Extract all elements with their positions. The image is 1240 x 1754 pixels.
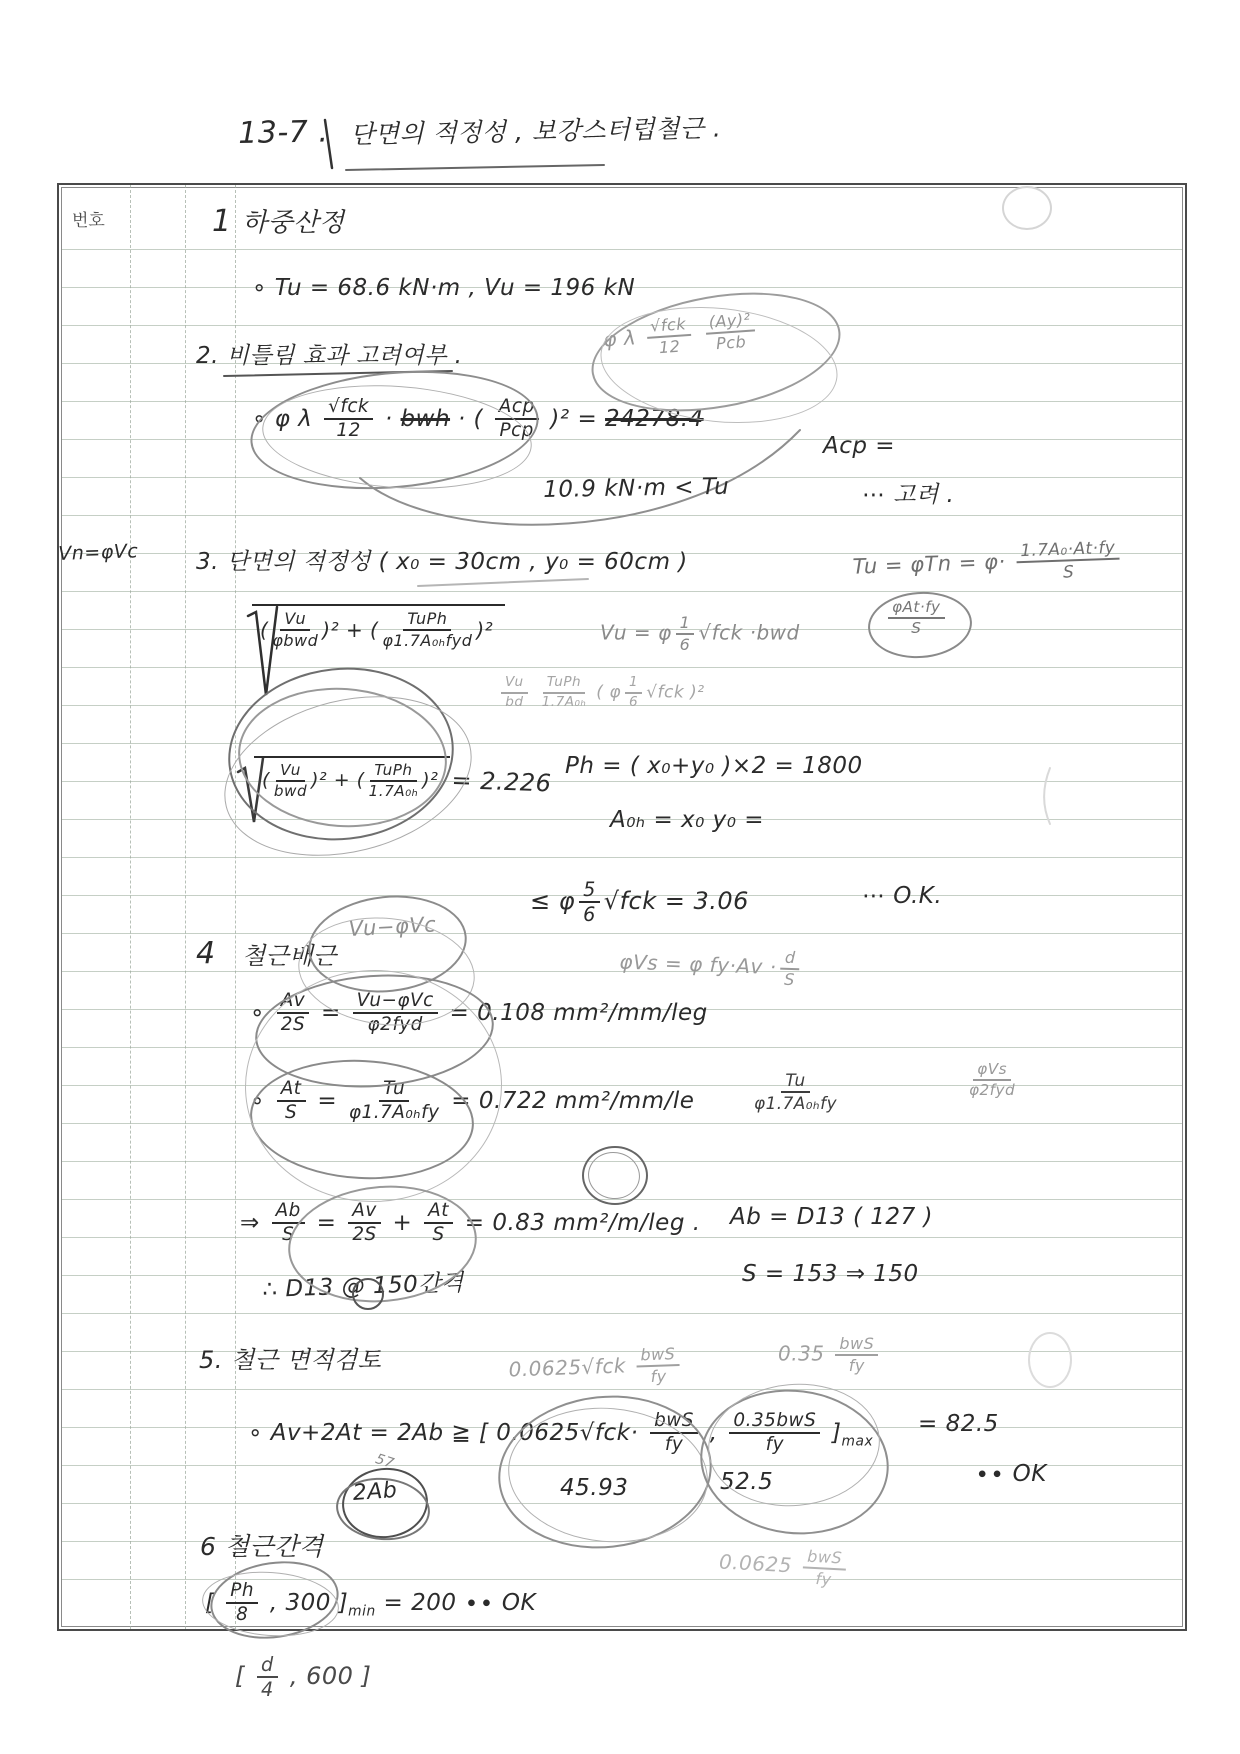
column-line-2 [185, 185, 186, 1629]
formula-part: 13-7 . [238, 114, 329, 151]
margin-note-vn: Vn=φVc [58, 542, 139, 565]
formula-part: TuPhφ1.7A₀ₕfyd [382, 611, 472, 649]
formula-part: Vubd [501, 676, 528, 709]
ok-mark-2: ∙∙ OK [975, 1462, 1047, 1486]
column-line-1 [130, 185, 131, 1629]
formula-part: [ [235, 1662, 253, 1690]
ab-bar-choice: Ab = D13 ( 127 ) [730, 1205, 933, 1229]
formula-part: Ph = ( x₀+y₀ )×2 = 1800 [565, 753, 863, 779]
formula-part: d4 [257, 1655, 278, 1699]
formula-part: 2. 비틀림 효과 고려여부 . [196, 343, 462, 369]
formula-part: 단면의 적정성 , 보강스터럽철근 . [350, 114, 722, 149]
section5-heading: 5. 철근 면적검토 [199, 1348, 381, 1373]
formula-part: )² [476, 620, 493, 641]
section2-result: 10.9 kN·m < Tu [543, 475, 729, 502]
formula-part: = 200 ∙∙ OK [376, 1590, 536, 1616]
circle-at-sign [352, 1278, 384, 1310]
formula-part: = 0.83 mm²/m/leg . [457, 1210, 701, 1236]
formula-part: 4 [196, 936, 216, 971]
scan-artifact-bottom [1028, 1332, 1072, 1388]
column-line-3 [235, 185, 236, 1629]
phivs-fraction-note: φVsφ2fyd [965, 1062, 1019, 1098]
title-number: 13-7 . [238, 116, 329, 149]
formula-part: ⇒ [240, 1210, 268, 1236]
formula-part: √fck = 3.06 [604, 887, 749, 915]
section2-conclusion: ⋯ 고려 . [862, 483, 954, 507]
interaction-equation: ( Vuφbwd )² + ( TuPhφ1.7A₀ₕfyd )² [252, 604, 505, 649]
formula-part: bwSfy [802, 1548, 847, 1588]
scan-artifact-top [1002, 186, 1052, 230]
tu-fraction-note: Tuφ1.7A₀ₕfy [750, 1072, 841, 1112]
formula-part: Vn=φVc [58, 540, 139, 565]
formula-part: )² = [543, 406, 605, 432]
formula-part: Vu = φ [600, 621, 672, 645]
section5-result: = 82.5 [918, 1412, 999, 1436]
aoh-calculation: A₀ₕ = x₀ y₀ = [610, 808, 764, 832]
section4-number: 4 [196, 938, 216, 970]
formula-part: Tu = φTn = φ· [852, 549, 1013, 579]
acp-note: Acp = [823, 434, 895, 458]
formula-part: Acp = [823, 433, 895, 459]
pencil-mid-row: Vubd TuPh1.7A₀ₕ ( φ16√fck )² [497, 676, 705, 709]
formula-part: ∘ Tu = 68.6 kN·m , Vu = 196 kN [252, 275, 635, 301]
paper-background: 번호 13-7 .단면의 적정성 , 보강스터럽철근 .1하중산정∘ Tu = … [0, 0, 1240, 1754]
formula-part: 5. 철근 면적검토 [199, 1346, 381, 1374]
formula-part: 1.7A₀·At·fyS [1016, 539, 1120, 582]
pencil-amin-1: 0.0625√fck bwSfy [508, 1346, 684, 1390]
limit-check: ≤ φ56√fck = 3.06 [530, 880, 749, 924]
formula-part: bwSfy [835, 1336, 878, 1374]
formula-part: 16 [676, 615, 695, 653]
title-underline [346, 165, 604, 170]
formula-part: = 82.5 [918, 1411, 999, 1437]
pencil-phivs: φVs = φ fy·Av ·dS [619, 944, 804, 988]
section3-heading: 3. 단면의 적정성 ( x₀ = 30cm , y₀ = 60cm ) [196, 550, 688, 574]
formula-part: 10.9 kN·m < Tu [543, 474, 729, 503]
section6-heading: 6 철근간격 [200, 1534, 323, 1560]
formula-part: √fck ·bwd [698, 621, 799, 645]
formula-part: ⋯ O.K. [862, 883, 942, 909]
formula-part: φVsφ2fyd [969, 1062, 1015, 1098]
formula-part: ≤ φ [530, 887, 575, 915]
formula-part: Vuφbwd [272, 611, 318, 649]
scanned-notes-page: { "page": { "corner_label": "번호", "color… [0, 0, 1240, 1754]
formula-part: 56 [579, 880, 600, 924]
formula-part: )² + ( [322, 620, 378, 641]
formula-part: 3. 단면의 적정성 ( x₀ = 30cm , y₀ = 60cm ) [196, 549, 688, 575]
vc-definition-pencil: Vu = φ16√fck ·bwd [600, 615, 800, 653]
formula-part: √fck )² [646, 683, 704, 703]
formula-part: Ab = D13 ( 127 ) [730, 1204, 933, 1230]
spacing-calculation: S = 153 ⇒ 150 [742, 1262, 919, 1286]
formula-part: 6 철근간격 [200, 1532, 323, 1561]
formula-part: S = 153 ⇒ 150 [742, 1261, 919, 1287]
formula-part: bwSfy [636, 1346, 680, 1385]
section1-number: 1 [212, 206, 232, 238]
formula-part: min [348, 1604, 376, 1620]
formula-part: TuPh1.7A₀ₕ [542, 676, 587, 709]
formula-part: 0.0625 [718, 1549, 799, 1577]
ok-mark-1: ⋯ O.K. [862, 884, 942, 908]
formula-part: ⋯ 고려 . [862, 482, 954, 508]
formula-part: 하중산정 [242, 208, 344, 238]
formula-part: , 600 ] [282, 1662, 372, 1690]
formula-part: dS [780, 950, 800, 989]
formula-part: 0.35 [778, 1342, 831, 1366]
section2-heading: 2. 비틀림 효과 고려여부 . [196, 344, 462, 368]
formula-part: 16 [625, 676, 642, 709]
formula-part: ( φ [590, 683, 621, 703]
bottom-note: [ d4 , 600 ] [235, 1655, 371, 1699]
formula-part [532, 683, 538, 703]
formula-part: Tuφ1.7A₀ₕfy [754, 1072, 837, 1112]
formula-part: 0.0625√fck [508, 1353, 633, 1381]
formula-part: 1 [212, 204, 232, 239]
pencil-amin-2: 0.35 bwSfy [778, 1336, 882, 1374]
corner-header-label: 번호 [72, 206, 105, 231]
title-text: 단면의 적정성 , 보강스터럽철근 . [350, 116, 722, 149]
ph-calculation: Ph = ( x₀+y₀ )×2 = 1800 [565, 754, 863, 778]
formula-part: A₀ₕ = x₀ y₀ = [610, 807, 764, 833]
section1-heading: 하중산정 [242, 210, 344, 237]
formula-part: ( [260, 620, 268, 641]
formula-part: φVs = φ fy·Av · [619, 949, 777, 978]
pencil-smin: 0.0625 bwSfy [718, 1544, 851, 1589]
load-values: ∘ Tu = 68.6 kN·m , Vu = 196 kN [252, 276, 635, 300]
formula-part: ∙∙ OK [975, 1461, 1047, 1487]
